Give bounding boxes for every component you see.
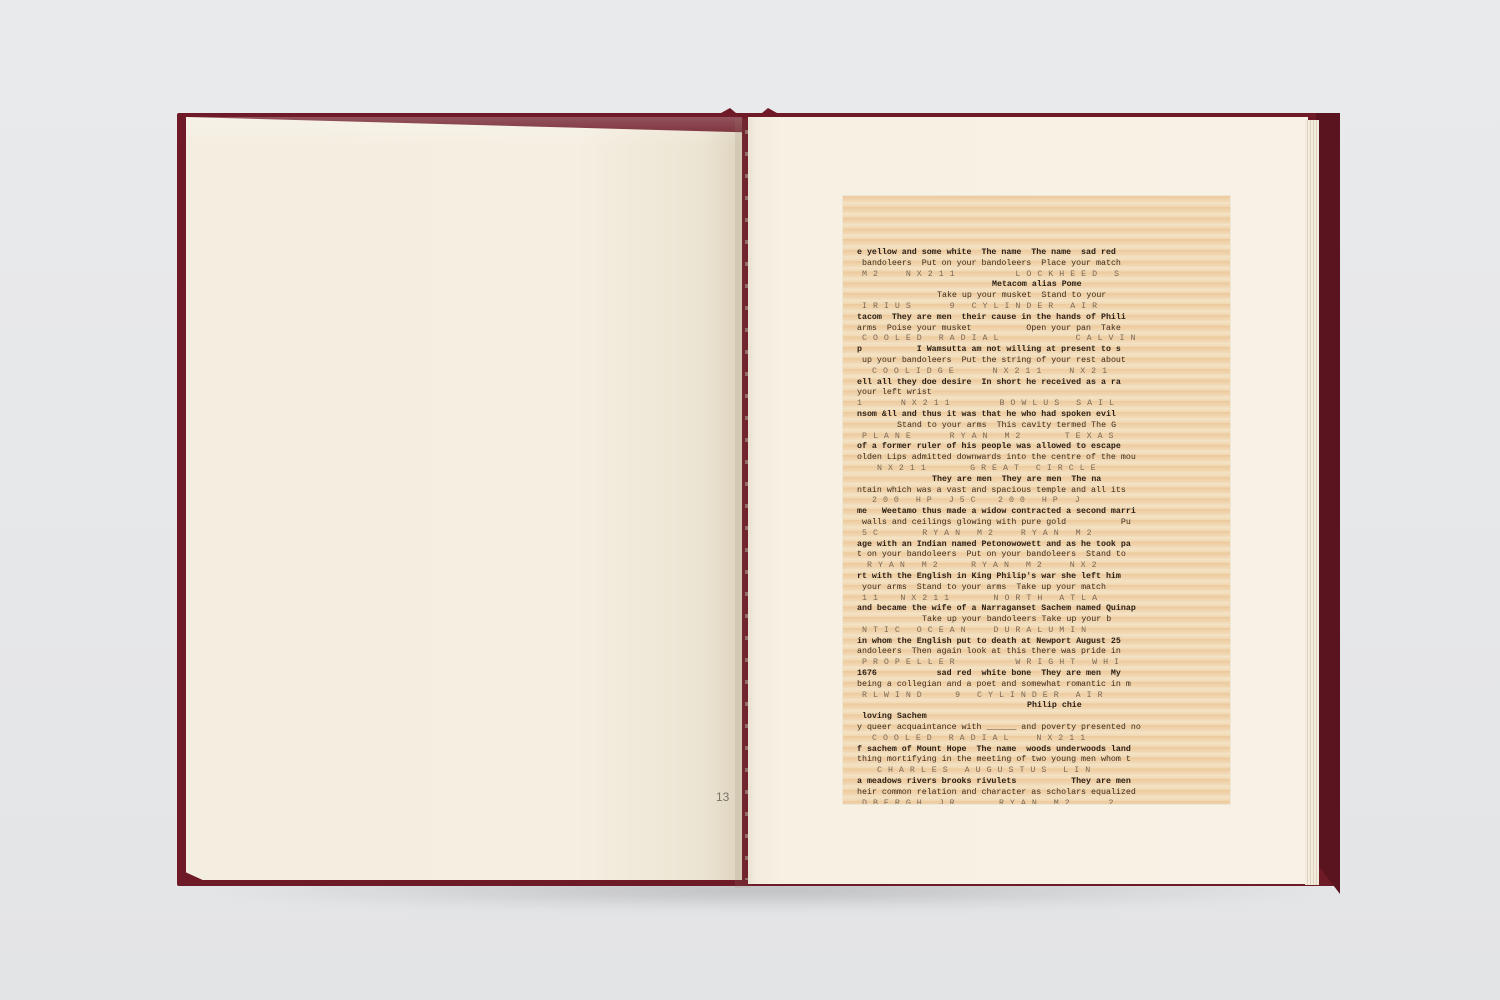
typewritten-line: P L A N E R Y A N M 2 T E X A S xyxy=(843,432,1230,443)
typewritten-line: P R O P E L L E R W R I G H T W H I xyxy=(843,658,1230,669)
typewritten-line: D B E R G H J R R Y A N M 2 2 xyxy=(843,799,1230,804)
page-number: 13 xyxy=(716,790,729,804)
typewritten-line: nsom &ll and thus it was that he who had… xyxy=(843,410,1230,421)
binding-stitches xyxy=(745,130,748,880)
typewritten-line: in whom the English put to death at Newp… xyxy=(843,637,1230,648)
typewritten-line: 1676 sad red white bone They are men My xyxy=(843,669,1230,680)
typewritten-lines: e yellow and some white The name The nam… xyxy=(843,248,1230,804)
typewritten-line: Take up your musket Stand to your xyxy=(843,291,1230,302)
typewritten-line: 2 0 0 H P J 5 C 2 0 0 H P J xyxy=(843,496,1230,507)
typewritten-line: thing mortifying in the meeting of two y… xyxy=(843,755,1230,766)
left-page-highlight xyxy=(186,117,742,147)
typewritten-line: ntain which was a vast and spacious temp… xyxy=(843,486,1230,497)
typewritten-collage-plate: e yellow and some white The name The nam… xyxy=(843,196,1230,804)
typewritten-line: t on your bandoleers Put on your bandole… xyxy=(843,550,1230,561)
typewritten-line: rt with the English in King Philip's war… xyxy=(843,572,1230,583)
typewritten-line: y queer acquaintance with ______ and pov… xyxy=(843,723,1230,734)
typewritten-line: They are men They are men The na xyxy=(843,475,1230,486)
typewritten-line: andoleers Then again look at this there … xyxy=(843,647,1230,658)
gutter xyxy=(735,118,753,888)
typewritten-line: R L W I N D 9 C Y L I N D E R A I R xyxy=(843,691,1230,702)
typewritten-line: f sachem of Mount Hope The name woods un… xyxy=(843,745,1230,756)
typewritten-line: olden Lips admitted downwards into the c… xyxy=(843,453,1230,464)
typewritten-line: bandoleers Put on your bandoleers Place … xyxy=(843,259,1230,270)
left-page xyxy=(186,117,742,880)
typewritten-line: being a collegian and a poet and somewha… xyxy=(843,680,1230,691)
typewritten-line: 1 N X 2 1 1 B O W L U S S A I L xyxy=(843,399,1230,410)
typewritten-line: 5 C R Y A N M 2 R Y A N M 2 xyxy=(843,529,1230,540)
typewritten-line: M 2 N X 2 1 1 L O C K H E E D S xyxy=(843,270,1230,281)
typewritten-line: a meadows rivers brooks rivulets They ar… xyxy=(843,777,1230,788)
typewritten-line: 1 1 N X 2 1 1 N O R T H A T L A xyxy=(843,594,1230,605)
typewritten-line: tacom They are men their cause in the ha… xyxy=(843,313,1230,324)
typewritten-line: your arms Stand to your arms Take up you… xyxy=(843,583,1230,594)
typewritten-line: me Weetamo thus made a widow contracted … xyxy=(843,507,1230,518)
typewritten-line: Stand to your arms This cavity termed Th… xyxy=(843,421,1230,432)
typewritten-line: arms Poise your musket Open your pan Tak… xyxy=(843,324,1230,335)
page-block-edge xyxy=(1305,120,1319,885)
typewritten-line: age with an Indian named Petonowowett an… xyxy=(843,540,1230,551)
typewritten-line: and became the wife of a Narraganset Sac… xyxy=(843,604,1230,615)
typewritten-line: loving Sachem xyxy=(843,712,1230,723)
typewritten-line: Metacom alias Pome xyxy=(843,280,1230,291)
typewritten-line: C H A R L E S A U G U S T U S L I N xyxy=(843,766,1230,777)
typewritten-line: your left wrist xyxy=(843,388,1230,399)
typewritten-line: p I Wamsutta am not willing at present t… xyxy=(843,345,1230,356)
typewritten-line: ell all they doe desire In short he rece… xyxy=(843,378,1230,389)
typewritten-line: N X 2 1 1 G R E A T C I R C L E xyxy=(843,464,1230,475)
typewritten-line: heir common relation and character as sc… xyxy=(843,788,1230,799)
typewritten-line: C O O L I D G E N X 2 1 1 N X 2 1 xyxy=(843,367,1230,378)
typewritten-line: I R I U S 9 C Y L I N D E R A I R xyxy=(843,302,1230,313)
typewritten-line: N T I C O C E A N D U R A L U M I N xyxy=(843,626,1230,637)
typewritten-line: up your bandoleers Put the string of you… xyxy=(843,356,1230,367)
typewritten-line: of a former ruler of his people was allo… xyxy=(843,442,1230,453)
typewritten-line: Take up your bandoleers Take up your b xyxy=(843,615,1230,626)
typewritten-line: R Y A N M 2 R Y A N M 2 N X 2 xyxy=(843,561,1230,572)
typewritten-line: Philip chie xyxy=(843,701,1230,712)
typewritten-line: walls and ceilings glowing with pure gol… xyxy=(843,518,1230,529)
typewritten-line: C O O L E D R A D I A L C A L V I N xyxy=(843,334,1230,345)
typewritten-line: C O O L E D R A D I A L N X 2 1 1 xyxy=(843,734,1230,745)
book-cover-edge xyxy=(1316,113,1340,894)
typewritten-line: e yellow and some white The name The nam… xyxy=(843,248,1230,259)
